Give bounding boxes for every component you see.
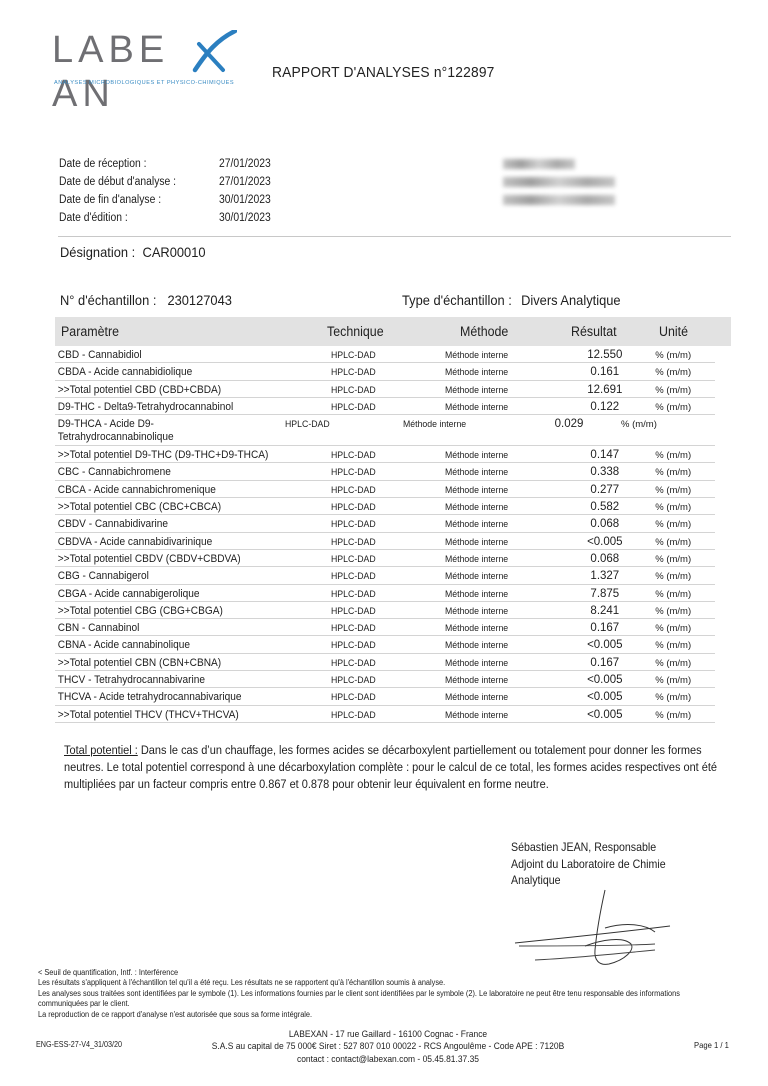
cell-parametre: CBNA - Acide cannabinolique [55,639,309,652]
cell-technique: HPLC-DAD [331,518,445,531]
table-row: CBN - CannabinolHPLC-DADMéthode interne0… [55,619,715,636]
fine-print: < Seuil de quantification, Intf. : Inter… [38,968,736,1020]
date-value: 27/01/2023 [219,155,271,173]
header-methode: Méthode [445,324,567,339]
cell-unite: % (m/m) [647,691,715,704]
address-line: S.A.S au capital de 75 000€ Siret : 527 … [186,1040,591,1052]
cell-resultat: 7.875 [562,588,647,601]
cell-technique: HPLC-DAD [331,366,445,379]
cell-resultat: <0.005 [562,709,647,722]
cell-parametre: >>Total potentiel CBN (CBN+CBNA) [55,657,309,670]
cell-unite: % (m/m) [647,518,715,531]
date-list: Date de réception : 27/01/2023 Date de d… [59,155,277,227]
cell-resultat: 0.122 [562,401,647,414]
header-parametre: Paramètre [55,324,327,339]
cell-methode: Méthode interne [445,501,563,514]
sample-number-value: 230127043 [167,292,231,308]
cell-resultat: 8.241 [562,605,647,618]
cell-unite: % (m/m) [647,657,715,670]
cell-resultat: 0.068 [562,553,647,566]
cell-unite: % (m/m) [647,384,715,397]
cell-technique: HPLC-DAD [331,484,445,497]
company-address: LABEXAN - 17 rue Gaillard - 16100 Cognac… [168,1028,608,1065]
cell-resultat: 0.167 [562,657,647,670]
table-row: D9-THCA - Acide D9-Tetrahydrocannabinoli… [55,415,715,446]
cell-technique: HPLC-DAD [331,657,445,670]
logo-x-swoosh-icon [189,30,237,76]
table-row: >>Total potentiel CBN (CBN+CBNA)HPLC-DAD… [55,654,715,671]
cell-methode: Méthode interne [445,553,563,566]
table-row: CBDA - Acide cannabidioliqueHPLC-DADMéth… [55,363,715,380]
cell-parametre: CBCA - Acide cannabichromenique [55,484,309,497]
cell-methode: Méthode interne [445,384,563,397]
table-row: >>Total potentiel CBD (CBD+CBDA)HPLC-DAD… [55,381,715,398]
table-row: >>Total potentiel D9-THC (D9-THC+D9-THCA… [55,446,715,463]
cell-methode: Méthode interne [445,639,563,652]
signatory: Sébastien JEAN, Responsable Adjoint du L… [511,839,683,889]
table-row: >>Total potentiel THCV (THCV+THCVA)HPLC-… [55,706,715,723]
report-title: RAPPORT D'ANALYSES n°122897 [272,64,495,81]
cell-technique: HPLC-DAD [285,418,403,445]
cell-methode: Méthode interne [445,466,563,479]
designation-label: Désignation : [60,244,135,260]
cell-resultat: 0.161 [562,366,647,379]
cell-resultat: 12.550 [562,349,647,362]
date-label: Date de réception : [59,155,203,173]
cell-parametre: THCVA - Acide tetrahydrocannabivarique [55,691,309,704]
table-row: >>Total potentiel CBDV (CBDV+CBDVA)HPLC-… [55,550,715,567]
cell-resultat: <0.005 [562,639,647,652]
sample-type-value: Divers Analytique [521,292,621,308]
cell-technique: HPLC-DAD [331,449,445,462]
cell-parametre: >>Total potentiel CBD (CBD+CBDA) [55,384,309,397]
designation-value: CAR00010 [143,244,206,260]
redacted-client-address [503,157,615,209]
cell-technique: HPLC-DAD [331,639,445,652]
cell-unite: % (m/m) [647,570,715,583]
table-row: CBG - CannabigerolHPLC-DADMéthode intern… [55,567,715,584]
total-potentiel-note: Total potentiel : Dans le cas d’un chauf… [64,742,734,793]
cell-methode: Méthode interne [445,366,563,379]
cell-parametre: D9-THCA - Acide D9-Tetrahydrocannabinoli… [55,418,267,445]
cell-resultat: 1.327 [562,570,647,583]
cell-resultat: 0.029 [525,418,613,445]
cell-parametre: THCV - Tetrahydrocannabivarine [55,674,309,687]
sample-number: N° d'échantillon :230127043 [60,292,232,308]
cell-technique: HPLC-DAD [331,605,445,618]
fine-print-line: Les résultats s'appliquent à l'échantill… [38,978,680,988]
logo-tagline: Analyses microbiologiques et physico-chi… [54,80,234,86]
cell-methode: Méthode interne [445,518,563,531]
cell-resultat: <0.005 [562,691,647,704]
fine-print-line: communiquées par le client. [38,999,680,1009]
cell-technique: HPLC-DAD [331,401,445,414]
date-row-end: Date de fin d'analyse : 30/01/2023 [59,191,277,209]
cell-parametre: >>Total potentiel CBDV (CBDV+CBDVA) [55,553,309,566]
date-label: Date de fin d'analyse : [59,191,203,209]
fine-print-line: < Seuil de quantification, Intf. : Inter… [38,968,680,978]
cell-parametre: CBG - Cannabigerol [55,570,309,583]
table-row: THCVA - Acide tetrahydrocannabivariqueHP… [55,688,715,705]
cell-resultat: 0.167 [562,622,647,635]
table-row: THCV - TetrahydrocannabivarineHPLC-DADMé… [55,671,715,688]
date-row-reception: Date de réception : 27/01/2023 [59,155,277,173]
cell-technique: HPLC-DAD [331,501,445,514]
cell-parametre: >>Total potentiel CBG (CBG+CBGA) [55,605,309,618]
cell-unite: % (m/m) [647,605,715,618]
cell-technique: HPLC-DAD [331,691,445,704]
cell-methode: Méthode interne [403,418,525,445]
cell-unite: % (m/m) [647,709,715,722]
cell-methode: Méthode interne [445,605,563,618]
date-row-edition: Date d'édition : 30/01/2023 [59,209,277,227]
cell-technique: HPLC-DAD [331,536,445,549]
signer-line: Analytique [511,872,666,889]
date-value: 30/01/2023 [219,191,271,209]
table-row: CBCA - Acide cannabichromeniqueHPLC-DADM… [55,481,715,498]
cell-unite: % (m/m) [613,418,683,445]
fine-print-line: La reproduction de ce rapport d'analyse … [38,1010,680,1020]
cell-technique: HPLC-DAD [331,588,445,601]
sample-type-label: Type d'échantillon : [402,292,512,308]
cell-technique: HPLC-DAD [331,553,445,566]
cell-parametre: D9-THC - Delta9-Tetrahydrocannabinol [55,401,309,414]
cell-unite: % (m/m) [647,674,715,687]
cell-methode: Méthode interne [445,674,563,687]
cell-technique: HPLC-DAD [331,349,445,362]
cell-parametre: CBGA - Acide cannabigerolique [55,588,309,601]
sample-number-label: N° d'échantillon : [60,292,156,308]
sample-type: Type d'échantillon :Divers Analytique [402,292,621,308]
cell-methode: Méthode interne [445,484,563,497]
table-header: Paramètre Technique Méthode Résultat Uni… [55,317,731,346]
cell-unite: % (m/m) [647,484,715,497]
cell-methode: Méthode interne [445,691,563,704]
cell-unite: % (m/m) [647,553,715,566]
header-unite: Unité [655,324,731,339]
table-body: CBD - CannabidiolHPLC-DADMéthode interne… [55,346,731,723]
cell-resultat: <0.005 [562,674,647,687]
cell-methode: Méthode interne [445,570,563,583]
cell-unite: % (m/m) [647,501,715,514]
cell-unite: % (m/m) [647,588,715,601]
divider [58,236,731,237]
results-table: Paramètre Technique Méthode Résultat Uni… [55,317,731,723]
fine-print-line: Les analyses sous traitées sont identifi… [38,989,680,999]
cell-technique: HPLC-DAD [331,384,445,397]
date-value: 27/01/2023 [219,173,271,191]
cell-methode: Méthode interne [445,349,563,362]
cell-parametre: CBDA - Acide cannabidiolique [55,366,309,379]
cell-resultat: 0.277 [562,484,647,497]
cell-methode: Méthode interne [445,622,563,635]
address-line: contact : contact@labexan.com - 05.45.81… [186,1053,591,1065]
cell-resultat: 0.582 [562,501,647,514]
cell-methode: Méthode interne [445,401,563,414]
cell-parametre: CBD - Cannabidiol [55,349,309,362]
signer-line: Sébastien JEAN, Responsable [511,839,666,856]
table-row: CBC - CannabichromeneHPLC-DADMéthode int… [55,463,715,480]
note-text: Dans le cas d’un chauffage, les formes a… [64,743,717,791]
date-label: Date de début d'analyse : [59,173,203,191]
cell-unite: % (m/m) [647,466,715,479]
cell-parametre: CBC - Cannabichromene [55,466,309,479]
header-resultat: Résultat [567,324,655,339]
cell-parametre: >>Total potentiel CBC (CBC+CBCA) [55,501,309,514]
cell-parametre: CBN - Cannabinol [55,622,309,635]
date-row-start: Date de début d'analyse : 27/01/2023 [59,173,277,191]
table-row: CBD - CannabidiolHPLC-DADMéthode interne… [55,346,715,363]
cell-unite: % (m/m) [647,349,715,362]
header-technique: Technique [327,324,445,339]
cell-parametre: >>Total potentiel D9-THC (D9-THC+D9-THCA… [55,449,309,462]
table-row: CBDV - CannabidivarineHPLC-DADMéthode in… [55,515,715,532]
cell-resultat: 12.691 [562,384,647,397]
cell-unite: % (m/m) [647,401,715,414]
address-line: LABEXAN - 17 rue Gaillard - 16100 Cognac… [186,1028,591,1040]
cell-resultat: 0.068 [562,518,647,531]
cell-resultat: 0.338 [562,466,647,479]
cell-unite: % (m/m) [647,536,715,549]
cell-technique: HPLC-DAD [331,466,445,479]
cell-methode: Méthode interne [445,588,563,601]
cell-parametre: CBDV - Cannabidivarine [55,518,309,531]
labexan-logo: LABEAN Analyses microbiologiques et phys… [52,28,252,92]
cell-methode: Méthode interne [445,657,563,670]
cell-parametre: >>Total potentiel THCV (THCV+THCVA) [55,709,309,722]
cell-unite: % (m/m) [647,449,715,462]
cell-technique: HPLC-DAD [331,709,445,722]
page-number: Page 1 / 1 [694,1040,729,1050]
cell-technique: HPLC-DAD [331,622,445,635]
cell-methode: Méthode interne [445,536,563,549]
cell-methode: Méthode interne [445,709,563,722]
table-row: D9-THC - Delta9-TetrahydrocannabinolHPLC… [55,398,715,415]
table-row: >>Total potentiel CBC (CBC+CBCA)HPLC-DAD… [55,498,715,515]
document-code: ENG-ESS-27-V4_31/03/20 [36,1040,122,1049]
cell-unite: % (m/m) [647,622,715,635]
cell-technique: HPLC-DAD [331,570,445,583]
note-label: Total potentiel : [64,743,138,757]
cell-parametre: CBDVA - Acide cannabidivarinique [55,536,309,549]
date-value: 30/01/2023 [219,209,271,227]
table-row: CBGA - Acide cannabigeroliqueHPLC-DADMét… [55,585,715,602]
cell-unite: % (m/m) [647,639,715,652]
signature-icon [505,888,675,968]
designation: Désignation :CAR00010 [60,244,206,260]
signer-line: Adjoint du Laboratoire de Chimie [511,856,666,873]
cell-methode: Méthode interne [445,449,563,462]
date-label: Date d'édition : [59,209,203,227]
cell-resultat: <0.005 [562,536,647,549]
cell-unite: % (m/m) [647,366,715,379]
table-row: >>Total potentiel CBG (CBG+CBGA)HPLC-DAD… [55,602,715,619]
table-row: CBNA - Acide cannabinoliqueHPLC-DADMétho… [55,636,715,653]
cell-resultat: 0.147 [562,449,647,462]
table-row: CBDVA - Acide cannabidivariniqueHPLC-DAD… [55,533,715,550]
cell-technique: HPLC-DAD [331,674,445,687]
